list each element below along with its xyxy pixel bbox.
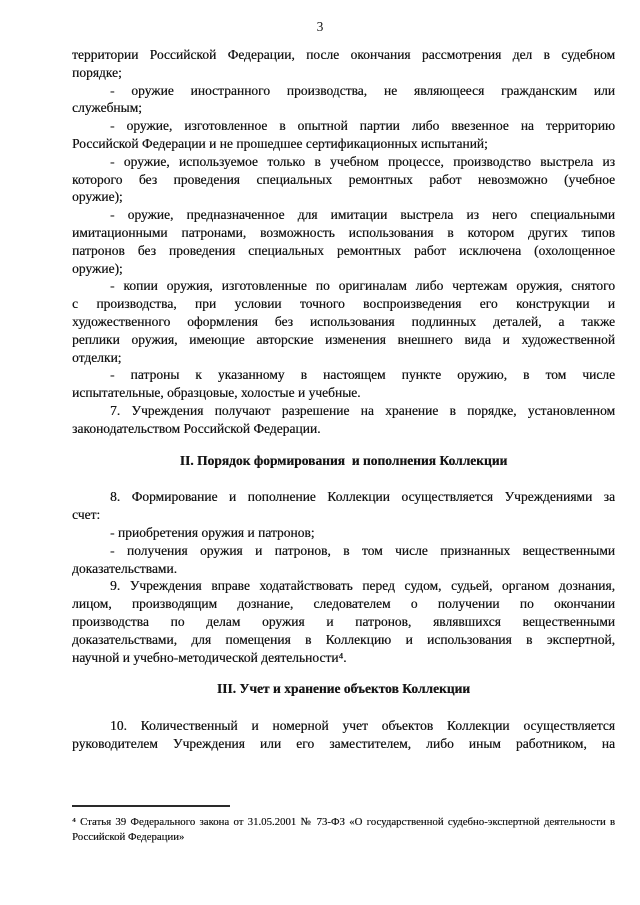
- footnote-line: ⁴ Статья 39 Федерального закона от 31.05…: [72, 815, 615, 830]
- document-page: 3 территории Российской Федерации, после…: [0, 0, 640, 905]
- text-line: оружие);: [72, 188, 615, 206]
- text-line: - патроны к указанному в настоящем пункт…: [72, 366, 615, 384]
- text-line: - оружие, предназначенное для имитации в…: [72, 206, 615, 224]
- text-line: оружие);: [72, 260, 615, 278]
- paragraph: - получения оружия и патронов, в том чис…: [72, 542, 615, 578]
- paragraph: - оружие иностранного производства, не я…: [72, 82, 615, 118]
- paragraph: - копии оружия, изготовленные по оригина…: [72, 277, 615, 366]
- text-line: с производства, при условии точного восп…: [72, 295, 615, 313]
- text-line: лицом, производящим дознание, следовател…: [72, 595, 615, 613]
- paragraph: - приобретения оружия и патронов;: [72, 524, 615, 542]
- paragraph: территории Российской Федерации, после о…: [72, 46, 615, 82]
- text-line: Российской Федерации и не прошедшее серт…: [72, 135, 615, 153]
- text-line: - получения оружия и патронов, в том чис…: [72, 542, 615, 560]
- text-line: 7. Учреждения получают разрешение на хра…: [72, 402, 615, 420]
- paragraph: 9. Учреждения вправе ходатайствовать пер…: [72, 577, 615, 666]
- footnote-area: ⁴ Статья 39 Федерального закона от 31.05…: [72, 805, 615, 845]
- text-line: имитационными патронами, возможность исп…: [72, 224, 615, 242]
- text-line: испытательные, образцовые, холостые и уч…: [72, 384, 615, 402]
- section-heading: II. Порядок формирования и пополнения Ко…: [72, 452, 615, 470]
- text-line: руководителем Учреждения или его замести…: [72, 735, 615, 753]
- text-line: 8. Формирование и пополнение Коллекции о…: [72, 488, 615, 506]
- text-line: - оружие иностранного производства, не я…: [72, 82, 615, 100]
- text-line: служебным;: [72, 99, 615, 117]
- text-line: реплики оружия, имеющие авторские измене…: [72, 331, 615, 349]
- text-line: - оружие, изготовленное в опытной партии…: [72, 117, 615, 135]
- text-line: производства по делам оружия и патронов,…: [72, 613, 615, 631]
- paragraph: 7. Учреждения получают разрешение на хра…: [72, 402, 615, 438]
- document-body: территории Российской Федерации, после о…: [72, 46, 615, 753]
- text-line: художественного оформления без использов…: [72, 313, 615, 331]
- text-line: территории Российской Федерации, после о…: [72, 46, 615, 64]
- text-line: счет:: [72, 506, 615, 524]
- text-line: патронов без проведения специальных ремо…: [72, 242, 615, 260]
- text-line: доказательствами, для помещения в Коллек…: [72, 631, 615, 649]
- text-line: 10. Количественный и номерной учет объек…: [72, 717, 615, 735]
- page-number: 3: [0, 20, 640, 34]
- text-line: - приобретения оружия и патронов;: [72, 524, 615, 542]
- text-line: - оружие, используемое только в учебном …: [72, 153, 615, 171]
- text-line: которого без проведения специальных ремо…: [72, 171, 615, 189]
- text-line: доказательствами.: [72, 560, 615, 578]
- paragraph: 8. Формирование и пополнение Коллекции о…: [72, 488, 615, 524]
- paragraph: - оружие, изготовленное в опытной партии…: [72, 117, 615, 153]
- footnote-separator-rule: [72, 805, 230, 807]
- paragraph: - патроны к указанному в настоящем пункт…: [72, 366, 615, 402]
- text-line: законодательством Российской Федерации.: [72, 420, 615, 438]
- text-line: порядке;: [72, 64, 615, 82]
- paragraph: - оружие, используемое только в учебном …: [72, 153, 615, 206]
- text-line: научной и учебно-методической деятельнос…: [72, 649, 615, 667]
- text-line: отделки;: [72, 349, 615, 367]
- text-line: - копии оружия, изготовленные по оригина…: [72, 277, 615, 295]
- paragraph: 10. Количественный и номерной учет объек…: [72, 717, 615, 753]
- section-heading: III. Учет и хранение объектов Коллекции: [72, 680, 615, 698]
- text-line: 9. Учреждения вправе ходатайствовать пер…: [72, 577, 615, 595]
- footnote-line: Российской Федерации»: [72, 830, 615, 845]
- footnote-text: ⁴ Статья 39 Федерального закона от 31.05…: [72, 815, 615, 845]
- paragraph: - оружие, предназначенное для имитации в…: [72, 206, 615, 277]
